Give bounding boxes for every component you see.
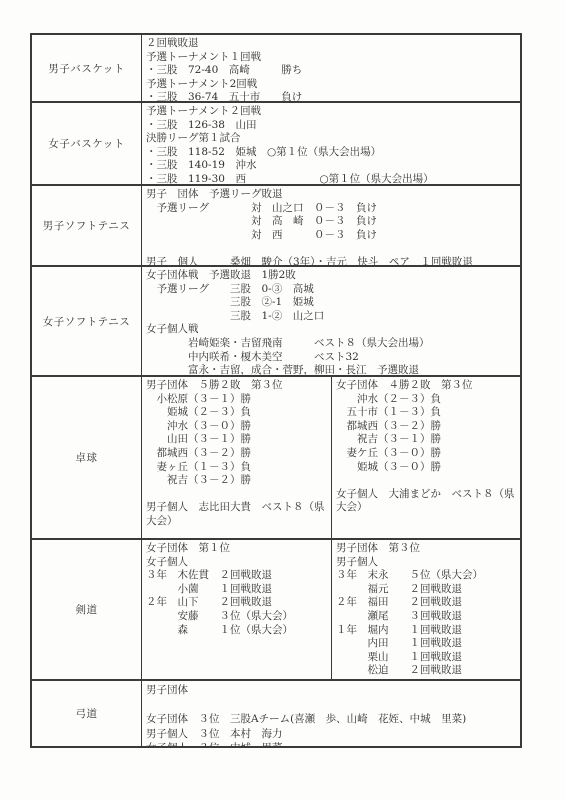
- results-softtennis-women: 女子団体戦 予選敗退 1勝2敗 予選リーグ 三股 0-③ 高城 三股 ②-1 姫…: [142, 267, 520, 375]
- results-kendo-men: 男子団体 第３位 男子個人 ３年 末永 ５位（県大会） 福元 ２回戦敗退 ２年 …: [332, 540, 520, 679]
- sport-label-kyudo: 弓道: [32, 681, 142, 746]
- results-tabletennis-men: 男子団体 ５勝２敗 第３位 小松原（３－１）勝 姫城（２－３）負 沖水（３－０）…: [142, 377, 332, 538]
- sport-label-softtennis-men: 男子ソフトテニス: [32, 186, 142, 265]
- results-tabletennis-women: 女子団体 ４勝２敗 第３位 沖水（２－３）負 五十市（１－３）負 都城西（３－２…: [332, 377, 520, 538]
- sport-label-basketball-women: 女子バスケット: [32, 103, 142, 184]
- table-row: 弓道 男子団体 女子団体 ３位 三股Aチーム(喜瀬 歩、山崎 花姪、中城 里菜)…: [32, 681, 520, 746]
- tabletennis-columns: 男子団体 ５勝２敗 第３位 小松原（３－１）勝 姫城（２－３）負 沖水（３－０）…: [142, 377, 520, 538]
- results-basketball-men: ２回戦敗退 予選トーナメント１回戦 ・三股 72-40 高崎 勝ち 予選トーナメ…: [142, 35, 520, 101]
- sport-label-tabletennis: 卓球: [32, 377, 142, 538]
- table-row: 男子ソフトテニス 男子 団体 予選リーグ敗退 予選リーグ 対 山之口 ０－３ 負…: [32, 186, 520, 267]
- sport-label-softtennis-women: 女子ソフトテニス: [32, 267, 142, 375]
- sport-label-kendo: 剣道: [32, 540, 142, 679]
- kendo-columns: 女子団体 第１位 女子個人 ３年 木佐貫 ２回戦敗退 小薗 １回戦敗退 ２年 山…: [142, 540, 520, 679]
- table-row: 男子バスケット ２回戦敗退 予選トーナメント１回戦 ・三股 72-40 高崎 勝…: [32, 35, 520, 103]
- results-kendo-women: 女子団体 第１位 女子個人 ３年 木佐貫 ２回戦敗退 小薗 １回戦敗退 ２年 山…: [142, 540, 332, 679]
- page: { "colors": { "background": "#fdfdfc", "…: [0, 0, 565, 800]
- results-softtennis-men: 男子 団体 予選リーグ敗退 予選リーグ 対 山之口 ０－３ 負け 対 高 崎 ０…: [142, 186, 520, 265]
- table-row: 女子ソフトテニス 女子団体戦 予選敗退 1勝2敗 予選リーグ 三股 0-③ 高城…: [32, 267, 520, 377]
- results-kyudo: 男子団体 女子団体 ３位 三股Aチーム(喜瀬 歩、山崎 花姪、中城 里菜) 男子…: [142, 681, 520, 746]
- results-table: 男子バスケット ２回戦敗退 予選トーナメント１回戦 ・三股 72-40 高崎 勝…: [30, 33, 522, 748]
- results-basketball-women: 予選トーナメント２回戦 ・三股 126-38 山田 決勝リーグ第１試合 ・三股 …: [142, 103, 520, 184]
- table-row: 剣道 女子団体 第１位 女子個人 ３年 木佐貫 ２回戦敗退 小薗 １回戦敗退 ２…: [32, 540, 520, 681]
- sport-label-basketball-men: 男子バスケット: [32, 35, 142, 101]
- table-row: 女子バスケット 予選トーナメント２回戦 ・三股 126-38 山田 決勝リーグ第…: [32, 103, 520, 186]
- table-row: 卓球 男子団体 ５勝２敗 第３位 小松原（３－１）勝 姫城（２－３）負 沖水（３…: [32, 377, 520, 540]
